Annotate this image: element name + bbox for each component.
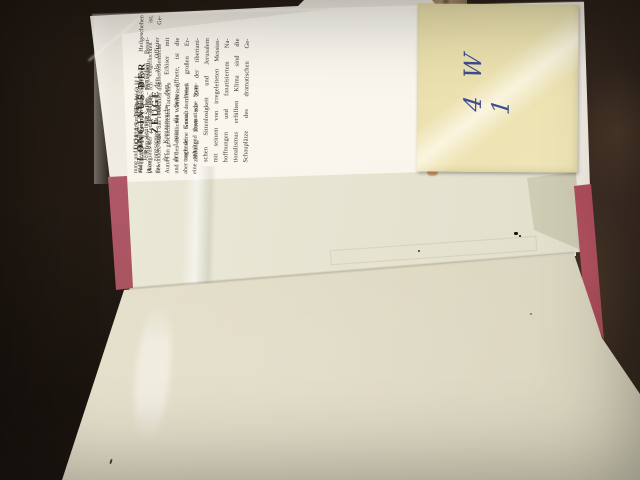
photo-scene: LOUIS DE WOHL LONGINUS DER ZEUGE Roman –…	[0, 0, 640, 480]
sticky-note-handwriting: 4 W 1	[459, 20, 516, 116]
flap-paragraph-3: »... Doch wie dieses Heilgeschehen in di…	[136, 15, 165, 173]
dirt-speck	[418, 250, 420, 252]
dirt-speck	[530, 313, 532, 315]
dirt-speck	[519, 235, 521, 237]
flap-text-block: LOUIS DE WOHL LONGINUS DER ZEUGE Roman –…	[132, 9, 446, 185]
dirt-speck	[514, 232, 518, 235]
sticky-note: 4 W 1	[416, 3, 578, 172]
endpaper-crease	[181, 166, 216, 295]
plastic-wrap-glare-left	[94, 16, 112, 184]
